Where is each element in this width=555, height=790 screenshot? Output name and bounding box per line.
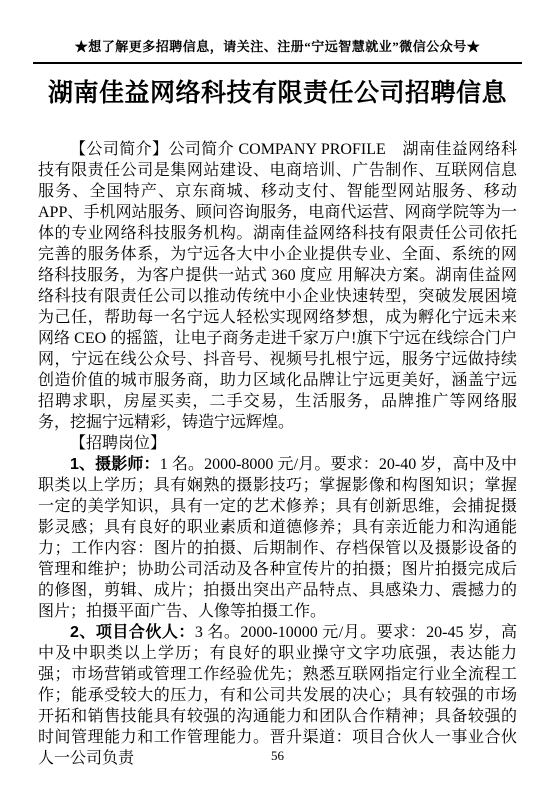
position-item-project-partner: 2、项目合伙人：3 名。2000-10000 元/月。要求：20-45 岁，高中…: [38, 622, 517, 769]
page-footer: 56: [0, 748, 555, 764]
page-number: 56: [271, 748, 284, 763]
document-body: 【公司简介】公司简介 COMPANY PROFILE 湖南佳益网络科技有限责任公…: [38, 139, 517, 769]
header-rule: [33, 62, 522, 64]
company-profile-paragraph: 【公司简介】公司简介 COMPANY PROFILE 湖南佳益网络科技有限责任公…: [38, 139, 517, 433]
position-item-photographer: 1、摄影师：1 名。2000-8000 元/月。要求：20-40 岁，高中及中职…: [38, 454, 517, 622]
position-photographer-label: 1、摄影师：: [70, 456, 160, 473]
positions-heading: 【招聘岗位】: [38, 433, 517, 454]
document-page: ★想了解更多招聘信息，请关注、注册“宁远智慧就业”微信公众号★ 湖南佳益网络科技…: [0, 0, 555, 790]
position-partner-detail: 3 名。2000-10000 元/月。要求：20-45 岁，高中及中职类以上学历…: [38, 624, 517, 767]
header-notice: ★想了解更多招聘信息，请关注、注册“宁远智慧就业”微信公众号★: [0, 0, 555, 56]
page-title: 湖南佳益网络科技有限责任公司招聘信息: [20, 77, 535, 110]
position-photographer-detail: 1 名。2000-8000 元/月。要求：20-40 岁，高中及中职类以上学历；…: [38, 456, 517, 620]
position-partner-label: 2、项目合伙人：: [70, 624, 195, 641]
